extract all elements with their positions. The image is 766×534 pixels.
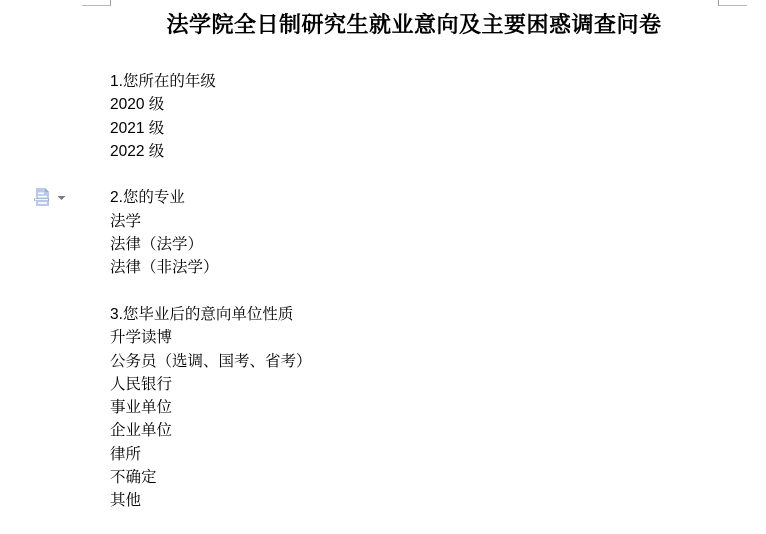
question-title: 2.您的专业 [110,186,718,209]
blank-line [110,163,718,186]
question-option: 人民银行 [110,373,718,396]
question-option: 事业单位 [110,396,718,419]
question-title: 3.您毕业后的意向单位性质 [110,303,718,326]
question-block: 3.您毕业后的意向单位性质 升学读博 公务员（选调、国考、省考） 人民银行 事业… [110,303,718,513]
question-option: 法学 [110,210,718,233]
question-option: 其他 [110,489,718,512]
question-option: 2022 级 [110,140,718,163]
text-boundary-mark-top-left [82,0,111,6]
question-option: 企业单位 [110,419,718,442]
question-option: 升学读博 [110,326,718,349]
question-option: 2020 级 [110,93,718,116]
question-block: 1.您所在的年级 2020 级 2021 级 2022 级 [110,70,718,163]
document-title: 法学院全日制研究生就业意向及主要困惑调查问卷 [110,11,718,39]
question-option: 法律（非法学） [110,256,718,279]
text-boundary-mark-top-right [718,0,747,6]
blank-line [110,280,718,303]
question-option: 公务员（选调、国考、省考） [110,350,718,373]
question-option: 2021 级 [110,117,718,140]
document-body: 1.您所在的年级 2020 级 2021 级 2022 级 2.您的专业 法学 … [110,70,718,513]
question-option: 不确定 [110,466,718,489]
question-title: 1.您所在的年级 [110,70,718,93]
question-option: 法律（法学） [110,233,718,256]
paste-options-button[interactable] [34,187,66,209]
question-block: 2.您的专业 法学 法律（法学） 法律（非法学） [110,186,718,279]
question-option: 律所 [110,443,718,466]
document-canvas: { "document": { "title": "法学院全日制研究生就业意向及… [0,0,766,534]
dropdown-arrow-icon [57,195,66,201]
